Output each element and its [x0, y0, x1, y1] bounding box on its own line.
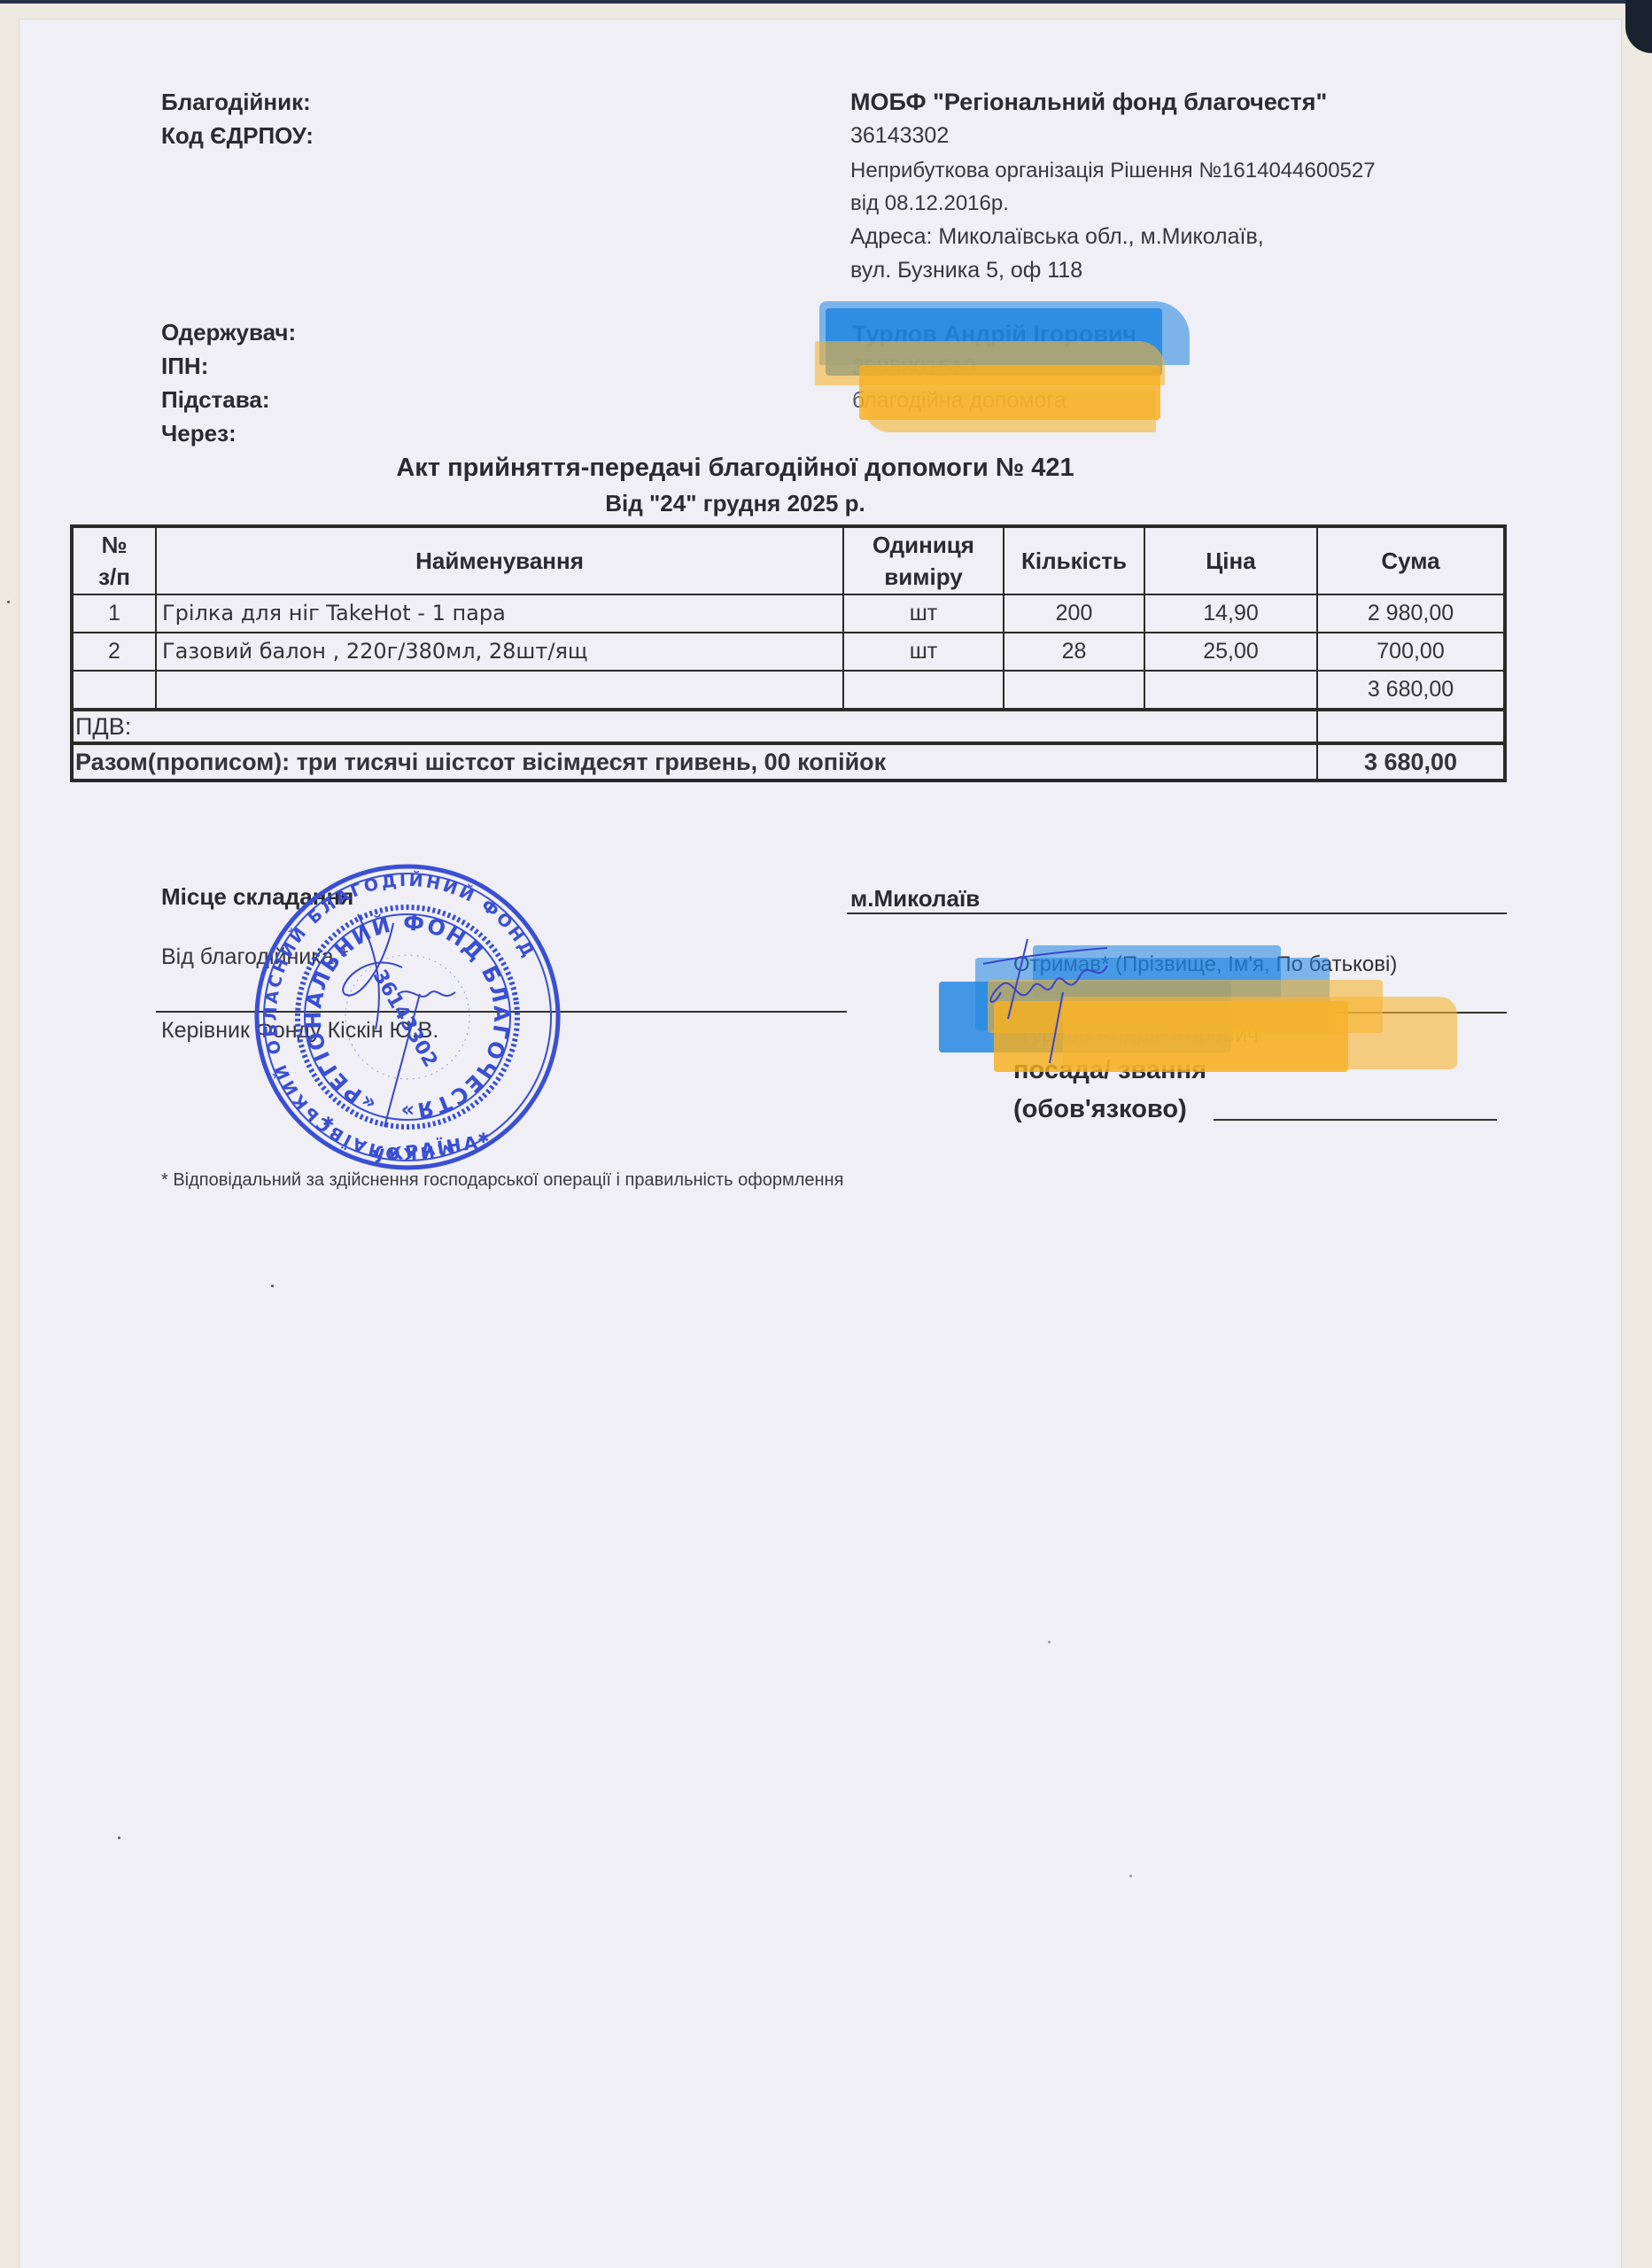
header-qty: Кількість — [1004, 526, 1144, 594]
total-in-words: Разом(прописом): три тисячі шістсот вісі… — [72, 743, 1317, 781]
donor-name: МОБФ "Регіональний фонд благочестя" — [850, 89, 1327, 116]
row-unit: шт — [843, 633, 1004, 671]
vat-label: ПДВ: — [72, 710, 1317, 743]
row-unit: шт — [843, 594, 1004, 633]
subtotal-value: 3 680,00 — [1317, 671, 1505, 710]
row-item-name: Грілка для ніг TakeHot - 1 пара — [156, 594, 843, 633]
recipient-label: Одержувач: — [161, 319, 296, 346]
nonprofit-date: від 08.12.2016р. — [850, 191, 1009, 216]
donor-address-line1: Адреса: Миколаївська обл., м.Миколаїв, — [850, 224, 1264, 250]
row-qty: 28 — [1004, 633, 1144, 671]
document-title: Акт прийняття-передачі благодійної допом… — [0, 454, 1470, 483]
edrpou-value: 36143302 — [850, 123, 949, 149]
row-price: 14,90 — [1144, 594, 1317, 633]
basis-label: Підстава: — [161, 386, 269, 414]
row-num: 2 — [72, 633, 156, 671]
place-value: м.Миколаїв — [850, 885, 980, 913]
header-name: Найменування — [156, 526, 843, 594]
table-row: 1 Грілка для ніг TakeHot - 1 пара шт 200… — [72, 594, 1505, 633]
row-sum: 700,00 — [1317, 633, 1505, 671]
header-num: №з/п — [72, 526, 156, 594]
nonprofit-decision: Неприбуткова організація Рішення №161404… — [850, 159, 1376, 183]
organization-stamp: МИКОЛАЇВСЬКИЙ ОБЛАСНИЙ БЛАГОДІЙНИЙ ФОНД … — [252, 861, 563, 1173]
vat-row: ПДВ: — [72, 710, 1505, 743]
position-underline — [1214, 1119, 1497, 1121]
header-price: Ціна — [1144, 526, 1317, 594]
scan-speck — [1129, 1875, 1132, 1877]
svg-text:УКРАЇНА: УКРАЇНА — [371, 1131, 482, 1168]
mandatory-label: (обов'язково) — [1013, 1095, 1187, 1124]
total-row: Разом(прописом): три тисячі шістсот вісі… — [72, 743, 1505, 781]
redaction-mark-orange — [864, 390, 1156, 432]
svg-text:✱: ✱ — [477, 1131, 489, 1146]
row-num: 1 — [72, 594, 156, 633]
header-sum: Сума — [1317, 526, 1505, 594]
scan-corner — [1625, 0, 1652, 53]
place-underline — [847, 913, 1507, 914]
recipient-signature — [966, 939, 1196, 1063]
table-row: 2 Газовий балон , 220г/380мл, 28шт/ящ шт… — [72, 633, 1505, 671]
edrpou-label: Код ЄДРПОУ: — [161, 122, 314, 150]
row-price: 25,00 — [1144, 633, 1317, 671]
ipn-label: ІПН: — [161, 353, 208, 380]
vat-value — [1317, 710, 1505, 743]
scan-speck — [7, 601, 10, 603]
donor-label: Благодійник: — [161, 89, 311, 116]
subtotal-row: 3 680,00 — [72, 671, 1505, 710]
row-sum: 2 980,00 — [1317, 594, 1505, 633]
table-header-row: №з/п Найменування Одиницявиміру Кількіст… — [72, 526, 1505, 594]
via-label: Через: — [161, 420, 237, 447]
footnote: * Відповідальний за здійснення господарс… — [161, 1170, 843, 1191]
svg-text:✱: ✱ — [322, 1115, 334, 1130]
document-date: Від "24" грудня 2025 р. — [0, 490, 1470, 517]
donor-address-line2: вул. Бузника 5, оф 118 — [850, 258, 1082, 283]
scan-speck — [271, 1285, 274, 1287]
row-qty: 200 — [1004, 594, 1144, 633]
total-value: 3 680,00 — [1317, 743, 1505, 781]
scan-speck — [1048, 1641, 1051, 1643]
scan-edge — [0, 0, 1652, 4]
items-table: №з/п Найменування Одиницявиміру Кількіст… — [70, 524, 1507, 782]
row-item-name: Газовий балон , 220г/380мл, 28шт/ящ — [156, 633, 843, 671]
header-unit: Одиницявиміру — [843, 526, 1004, 594]
scan-speck — [118, 1837, 120, 1839]
